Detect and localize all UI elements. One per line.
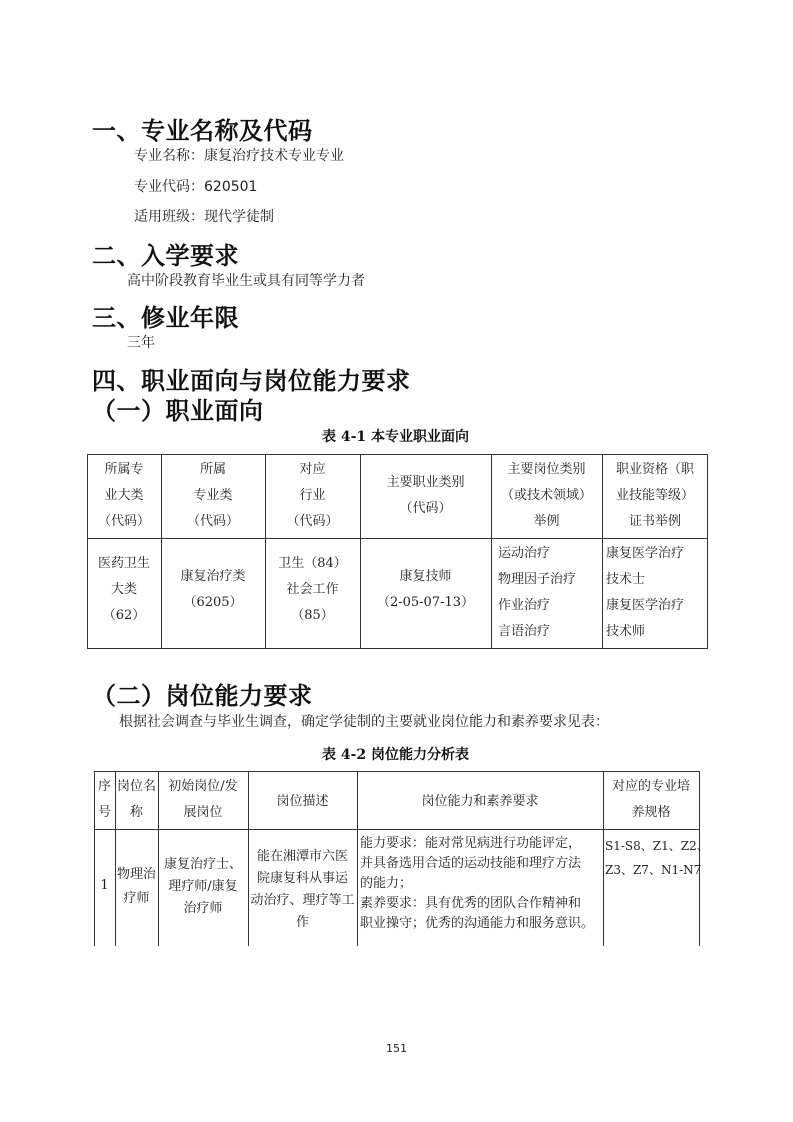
major-name-label: 专业名称： (134, 148, 204, 164)
subsection-heading-career-orientation: （一）职业面向 (92, 397, 264, 425)
table2-col-divider (699, 771, 700, 946)
major-name-line: 专业名称：康复治疗技术专业专业 (134, 147, 344, 165)
table1-header-cell: 职业资格（职业技能等级）证书举例 (602, 457, 708, 535)
table2-header-cell: 初始岗位/发展岗位 (158, 774, 248, 826)
admission-requirement-text: 高中阶段教育毕业生或具有同等学力者 (127, 272, 365, 290)
major-code-line: 专业代码：620501 (134, 178, 257, 196)
table1-header-cell: 主要职业类别（代码） (360, 470, 491, 522)
major-name-value: 康复治疗技术专业专业 (204, 148, 344, 164)
table2-header-cell: 岗位能力和素养要求 (357, 789, 603, 815)
table1-cell-certificates: 康复医学治疗技术士康复医学治疗技术师 (606, 541, 708, 645)
table2-cell-position-description: 能在湘潭市六医院康复科从事运动治疗、理疗等工作 (248, 846, 357, 934)
major-code-label: 专业代码： (134, 179, 204, 195)
page-number: 151 (386, 1042, 407, 1055)
section-heading-3: 三、修业年限 (92, 304, 239, 332)
major-code-value: 620501 (204, 179, 257, 195)
table1-header-cell: 主要岗位类别（或技术领域）举例 (491, 457, 602, 535)
section-heading-2: 二、入学要求 (92, 242, 239, 270)
table1-cell-major-class: 康复治疗类（6205） (161, 564, 265, 616)
table1-header-divider (87, 538, 708, 539)
table2-header-cell: 序号 (94, 774, 115, 826)
table1-header-cell: 所属专业大类（代码） (87, 457, 161, 535)
table2-cell-index: 1 (94, 876, 115, 896)
table1-caption: 表 4-1 本专业职业面向 (322, 428, 469, 446)
section-heading-4: 四、职业面向与岗位能力要求 (92, 367, 411, 395)
position-competency-intro: 根据社会调查与毕业生调查，确定学徒制的主要就业岗位能力和素养要求见表： (119, 713, 609, 731)
applicable-class-value: 现代学徒制 (204, 209, 274, 225)
table2-header-cell: 岗位名称 (115, 774, 158, 826)
section-heading-1: 一、专业名称及代码 (92, 117, 313, 145)
table2-cell-competency-requirements: 能力要求：能对常见病进行功能评定，并具备选用合适的运动技能和理疗方法的能力；素养… (360, 834, 603, 934)
table2-cell-position-name: 物理治疗师 (115, 863, 158, 911)
applicable-class-label: 适用班级： (134, 209, 204, 225)
table2-caption: 表 4-2 岗位能力分析表 (322, 746, 469, 764)
table1-header-cell: 所属专业类（代码） (161, 457, 265, 535)
table1-cell-industry: 卫生（84）社会工作（85） (265, 551, 360, 629)
table2-top-border (94, 771, 700, 772)
study-duration-text: 三年 (127, 334, 155, 352)
table1-cell-occupation: 康复技师（2-05-07-13） (360, 564, 491, 616)
table1-cell-positions: 运动治疗物理因子治疗作业治疗言语治疗 (498, 541, 602, 645)
table2-cell-training-specs: S1-S8、Z1、Z2、Z3、Z7、N1-N7 (605, 834, 699, 882)
table2-header-divider (94, 829, 700, 830)
subsection-heading-position-competency: （二）岗位能力要求 (92, 682, 313, 710)
applicable-class-line: 适用班级：现代学徒制 (134, 208, 274, 226)
table1-header-cell: 对应行业（代码） (265, 457, 360, 535)
table2-header-cell: 岗位描述 (248, 789, 357, 815)
table1-cell-discipline-category: 医药卫生大类（62） (87, 551, 161, 629)
table2-cell-initial-position: 康复治疗士、理疗师/康复治疗师 (158, 854, 248, 920)
table2-header-cell: 对应的专业培养规格 (603, 774, 699, 826)
